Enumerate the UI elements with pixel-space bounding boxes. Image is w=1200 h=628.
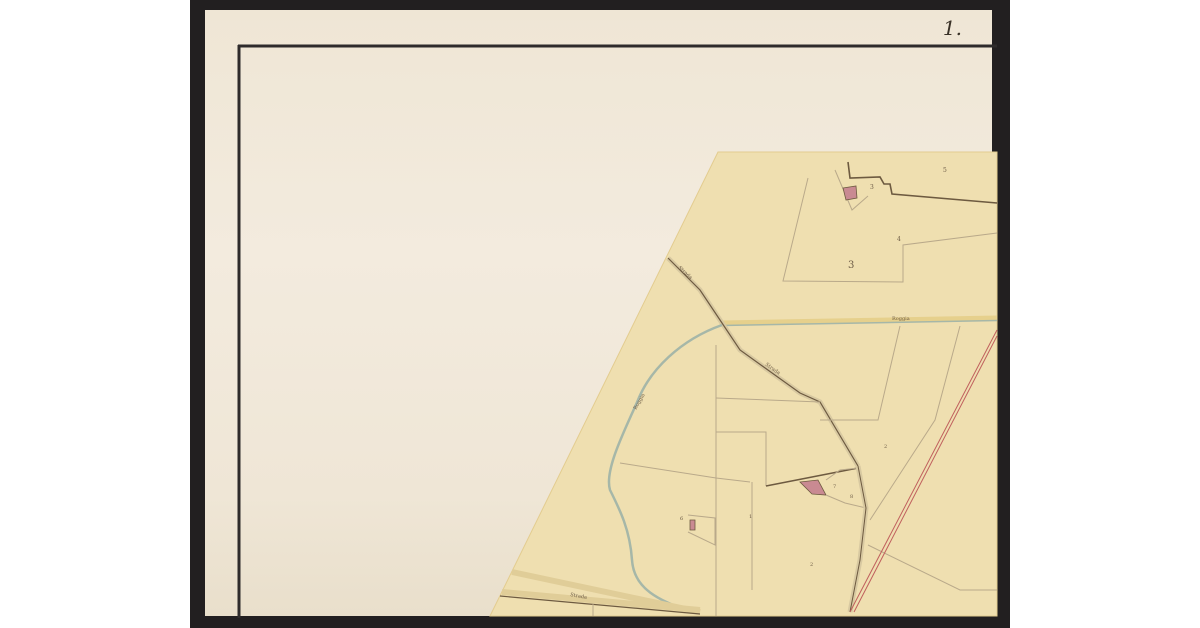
parcel-number: 2: [810, 562, 813, 568]
parcel-number: 5: [943, 167, 947, 174]
parcel-number: 3: [870, 184, 874, 191]
parcel-number: 1: [749, 514, 752, 520]
parcel-number: 2: [884, 444, 887, 450]
canal-label: Roggia: [892, 316, 910, 322]
building: [690, 520, 695, 530]
building: [843, 186, 857, 200]
parcel-number: 6: [680, 516, 683, 522]
parcel-number: 4: [897, 236, 901, 243]
map-area: [490, 152, 997, 616]
parcel-number: 7: [833, 484, 836, 490]
parcel-number: 8: [850, 494, 853, 500]
scan-background: 1.: [190, 0, 1010, 628]
cadastral-map: Strada Roggia Strada Roggia Strada 5 3 4…: [190, 0, 1010, 628]
parcel-number: 3: [848, 260, 854, 271]
